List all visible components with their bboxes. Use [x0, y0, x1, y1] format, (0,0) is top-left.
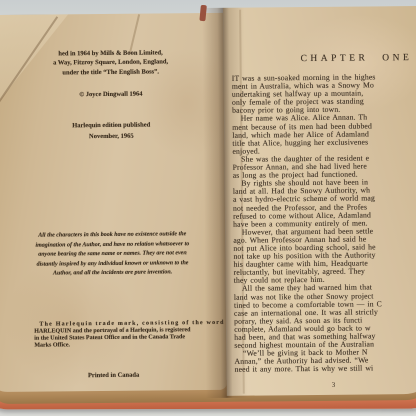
text-line: need it any more. That is why we still w…	[235, 364, 416, 374]
edition-block: Harlequin edition publishedNovember, 196…	[13, 119, 209, 143]
text-line: under the title “The English Boss”.	[13, 67, 209, 78]
publisher-block: hed in 1964 by Mills & Boon Limited,a Wa…	[12, 48, 208, 78]
book-photo: hed in 1964 by Mills & Boon Limited,a Wa…	[0, 0, 416, 416]
text-line: November, 1965	[13, 130, 209, 143]
open-book: hed in 1964 by Mills & Boon Limited,a Wa…	[0, 6, 416, 410]
disclaimer-block: All the characters in this book have no …	[6, 230, 218, 280]
trademark-block: The Harlequin trade mark, consisting of …	[34, 320, 224, 350]
page-number: 3	[332, 381, 336, 389]
chapter-body-text: IT was a sun-soaked morning in the highe…	[232, 73, 416, 374]
chapter-title: CHAPTER ONE	[301, 53, 416, 64]
